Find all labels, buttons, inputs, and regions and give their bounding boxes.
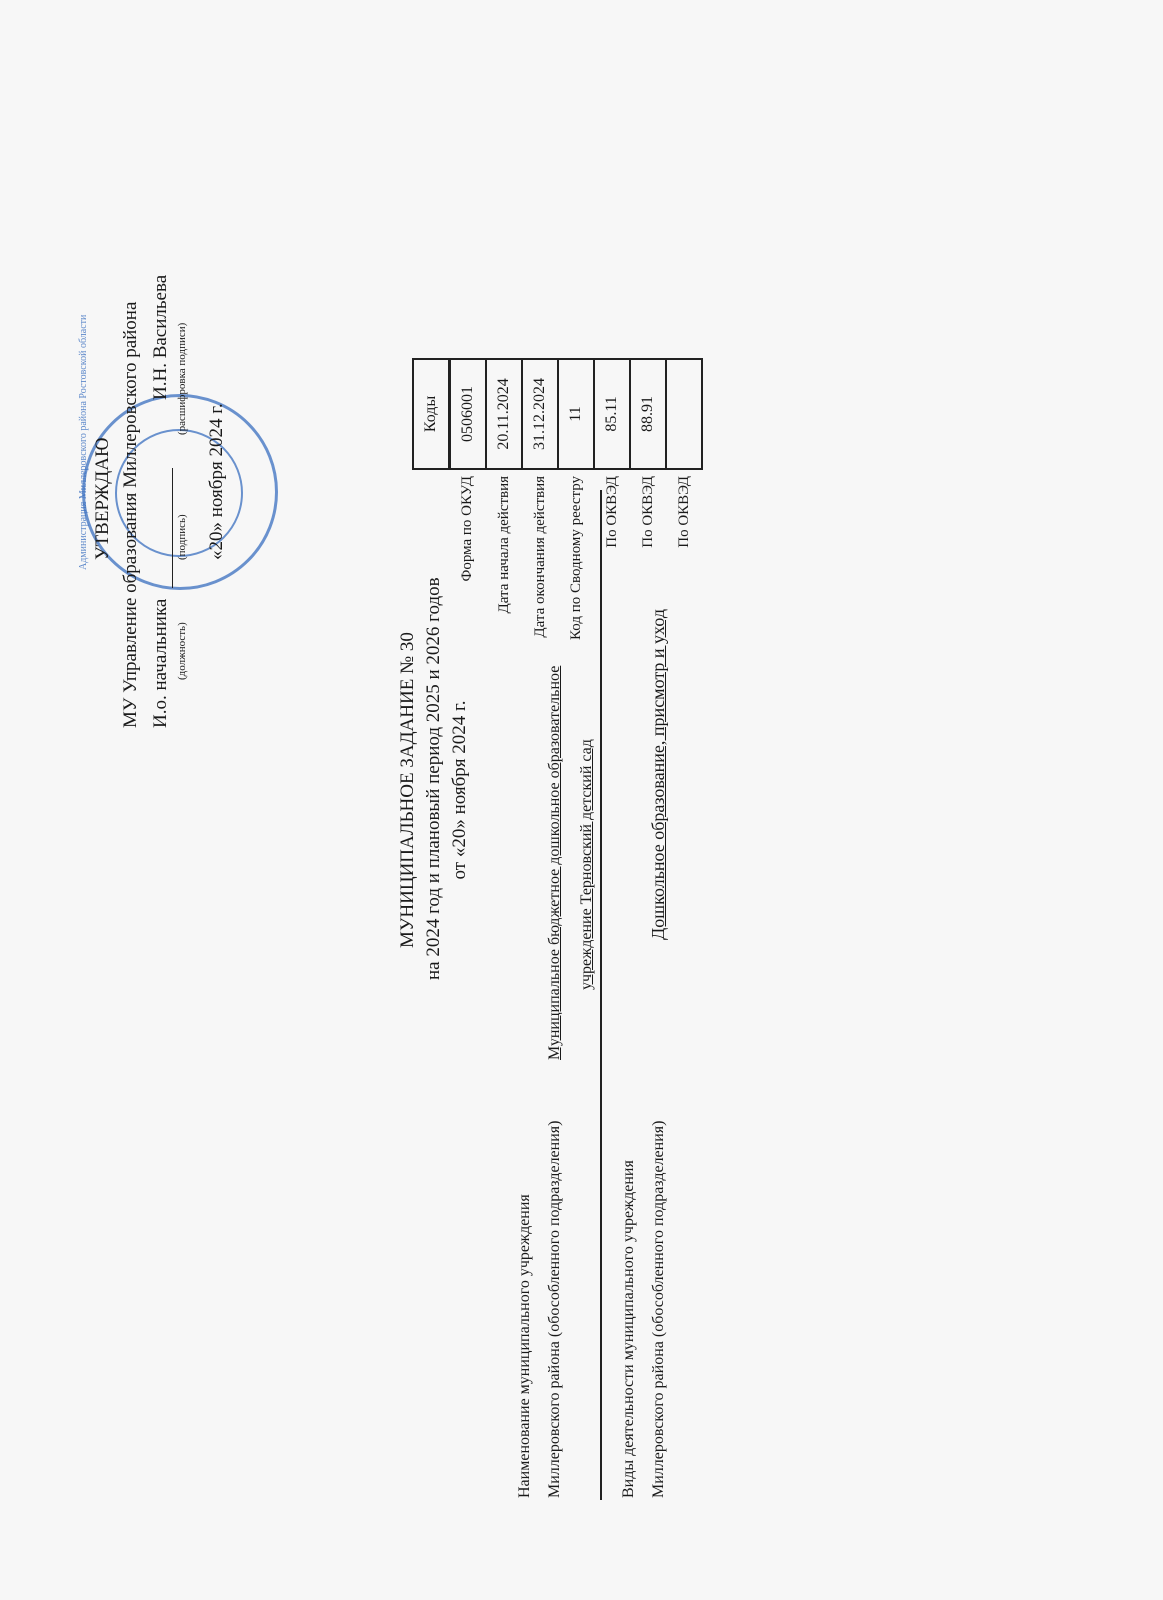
signer-position: И.о. начальника <box>150 599 172 728</box>
title-line-3: от «20» ноября 2024 г. <box>447 600 473 980</box>
institution-label-2: Миллеровского района (обособленного подр… <box>546 1121 564 1498</box>
document-page: Администрация Миллеровского района Росто… <box>0 0 1163 1600</box>
institution-name-1: Муниципальное бюджетное дошкольное образ… <box>546 666 564 1060</box>
activity-label-2: Миллеровского района (обособленного подр… <box>650 1121 668 1498</box>
activity-label-1: Виды деятельности муниципального учрежде… <box>620 1160 638 1498</box>
approving-organization: МУ Управление образования Миллеровского … <box>120 302 142 728</box>
separator-line <box>600 490 602 1500</box>
codes-row: Дата окончания действия 31.12.2024 <box>522 358 558 640</box>
signature-line <box>172 468 173 588</box>
stamp-text: Администрация Миллеровского района Росто… <box>78 315 89 570</box>
title-line-2: на 2024 год и плановый период 2025 и 202… <box>421 600 447 980</box>
activity-value: Дошкольное образование, присмотр и уход <box>648 609 669 940</box>
codes-row: По ОКВЭД 88.91 <box>630 358 666 640</box>
signer-name: И.Н. Васильева <box>150 275 172 400</box>
codes-row: Дата начала действия 20.11.2024 <box>486 358 522 640</box>
institution-label-1: Наименование муниципального учреждения <box>516 1194 534 1498</box>
document-title: МУНИЦИПАЛЬНОЕ ЗАДАНИЕ № 30 на 2024 год и… <box>395 600 473 980</box>
caption-name: (расшифровка подписи) <box>176 323 188 435</box>
caption-signature: (подпись) <box>176 514 188 560</box>
codes-row: Код по Сводному реестру 11 <box>558 358 594 640</box>
codes-row: Форма по ОКУД 0506001 <box>450 358 487 640</box>
codes-header: Коды <box>413 359 450 469</box>
institution-name-2: учреждение Терновский детский сад <box>578 739 596 990</box>
codes-table: Коды Форма по ОКУД 0506001 Дата начала д… <box>412 358 703 640</box>
codes-row: По ОКВЭД <box>666 358 702 640</box>
approve-label: УТВЕРЖДАЮ <box>92 438 114 560</box>
title-line-1: МУНИЦИПАЛЬНОЕ ЗАДАНИЕ № 30 <box>395 600 421 980</box>
caption-position: (должность) <box>176 622 188 680</box>
approval-date: «20» ноября 2024 г. <box>206 403 228 560</box>
